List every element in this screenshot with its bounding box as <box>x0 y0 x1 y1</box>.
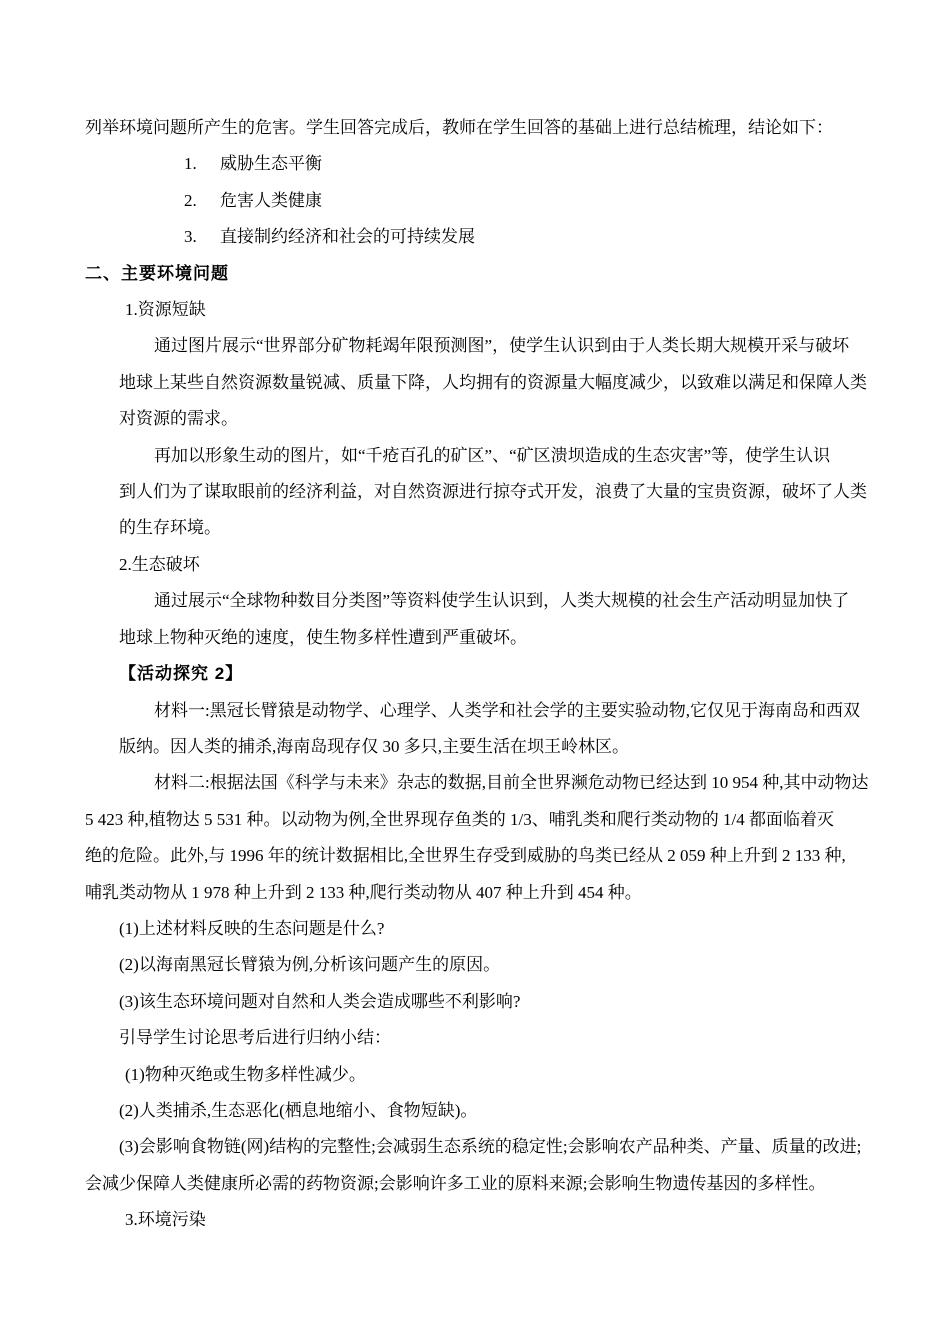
list-number: 1. <box>184 146 220 182</box>
paragraph-line: 通过展示“全球物种数目分类图”等资料使学生认识到，人类大规模的社会生产活动明显加… <box>154 583 890 619</box>
subsection-title: 2.生态破坏 <box>119 547 890 583</box>
document-page: 列举环境问题所产生的危害。学生回答完成后，教师在学生回答的基础上进行总结梳理，结… <box>0 0 950 1344</box>
list-number: 3. <box>184 219 220 255</box>
paragraph-line: 版纳。因人类的捕杀,海南岛现存仅 30 多只,主要生活在坝王岭林区。 <box>119 729 890 765</box>
list-text: 威胁生态平衡 <box>220 154 322 173</box>
paragraph-line: 地球上某些自然资源数量锐减、质量下降，人均拥有的资源量大幅度减少，以致难以满足和… <box>119 365 890 401</box>
subsection-title: 1.资源短缺 <box>125 292 890 328</box>
conclusion-list-item: 1.威胁生态平衡 <box>184 146 890 182</box>
answer-line: 会减少保障人类健康所必需的药物资源;会影响许多工业的原料来源;会影响生物遗传基因… <box>85 1166 890 1202</box>
answer-line: (1)物种灭绝或生物多样性减少。 <box>125 1057 890 1093</box>
answer-line: (3)会影响食物链(网)结构的完整性;会减弱生态系统的稳定性;会影响农产品种类、… <box>119 1129 890 1165</box>
list-text: 直接制约经济和社会的可持续发展 <box>220 227 475 246</box>
activity-heading: 【活动探究 2】 <box>119 656 890 692</box>
paragraph-line: 哺乳类动物从 1 978 种上升到 2 133 种,爬行类动物从 407 种上升… <box>85 875 890 911</box>
paragraph-line: 绝的危险。此外,与 1996 年的统计数据相比,全世界生存受到威胁的鸟类已经从 … <box>85 838 890 874</box>
section-heading: 二、主要环境问题 <box>85 256 890 292</box>
subsection-title: 3.环境污染 <box>125 1202 890 1238</box>
conclusion-list-item: 2.危害人类健康 <box>184 183 890 219</box>
paragraph-line: 5 423 种,植物达 5 531 种。以动物为例,全世界现存鱼类的 1/3、哺… <box>85 802 890 838</box>
paragraph-line: 通过图片展示“世界部分矿物耗竭年限预测图”，使学生认识到由于人类长期大规模开采与… <box>154 328 890 364</box>
question-line: (3)该生态环境问题对自然和人类会造成哪些不利影响? <box>119 984 890 1020</box>
question-line: (2)以海南黑冠长臂猿为例,分析该问题产生的原因。 <box>119 947 890 983</box>
conclusion-list-item: 3.直接制约经济和社会的可持续发展 <box>184 219 890 255</box>
paragraph-line: 地球上物种灭绝的速度，使生物多样性遭到严重破坏。 <box>119 620 890 656</box>
paragraph-line: 到人们为了谋取眼前的经济利益，对自然资源进行掠夺式开发，浪费了大量的宝贵资源，破… <box>119 474 890 510</box>
paragraph-line: 材料一:黑冠长臂猿是动物学、心理学、人类学和社会学的主要实验动物,它仅见于海南岛… <box>154 693 890 729</box>
paragraph-line: 列举环境问题所产生的危害。学生回答完成后，教师在学生回答的基础上进行总结梳理，结… <box>85 110 890 146</box>
list-number: 2. <box>184 183 220 219</box>
answer-line: (2)人类捕杀,生态恶化(栖息地缩小、食物短缺)。 <box>119 1093 890 1129</box>
paragraph-line: 材料二:根据法国《科学与未来》杂志的数据,目前全世界濒危动物已经达到 10 95… <box>154 765 890 801</box>
list-text: 危害人类健康 <box>220 191 322 210</box>
paragraph-line: 再加以形象生动的图片，如“千疮百孔的矿区”、“矿区溃坝造成的生态灾害”等，使学生… <box>154 438 890 474</box>
paragraph-line: 引导学生讨论思考后进行归纳小结： <box>119 1020 890 1056</box>
question-line: (1)上述材料反映的生态问题是什么? <box>119 911 890 947</box>
paragraph-line: 对资源的需求。 <box>119 401 890 437</box>
paragraph-line: 的生存环境。 <box>119 510 890 546</box>
